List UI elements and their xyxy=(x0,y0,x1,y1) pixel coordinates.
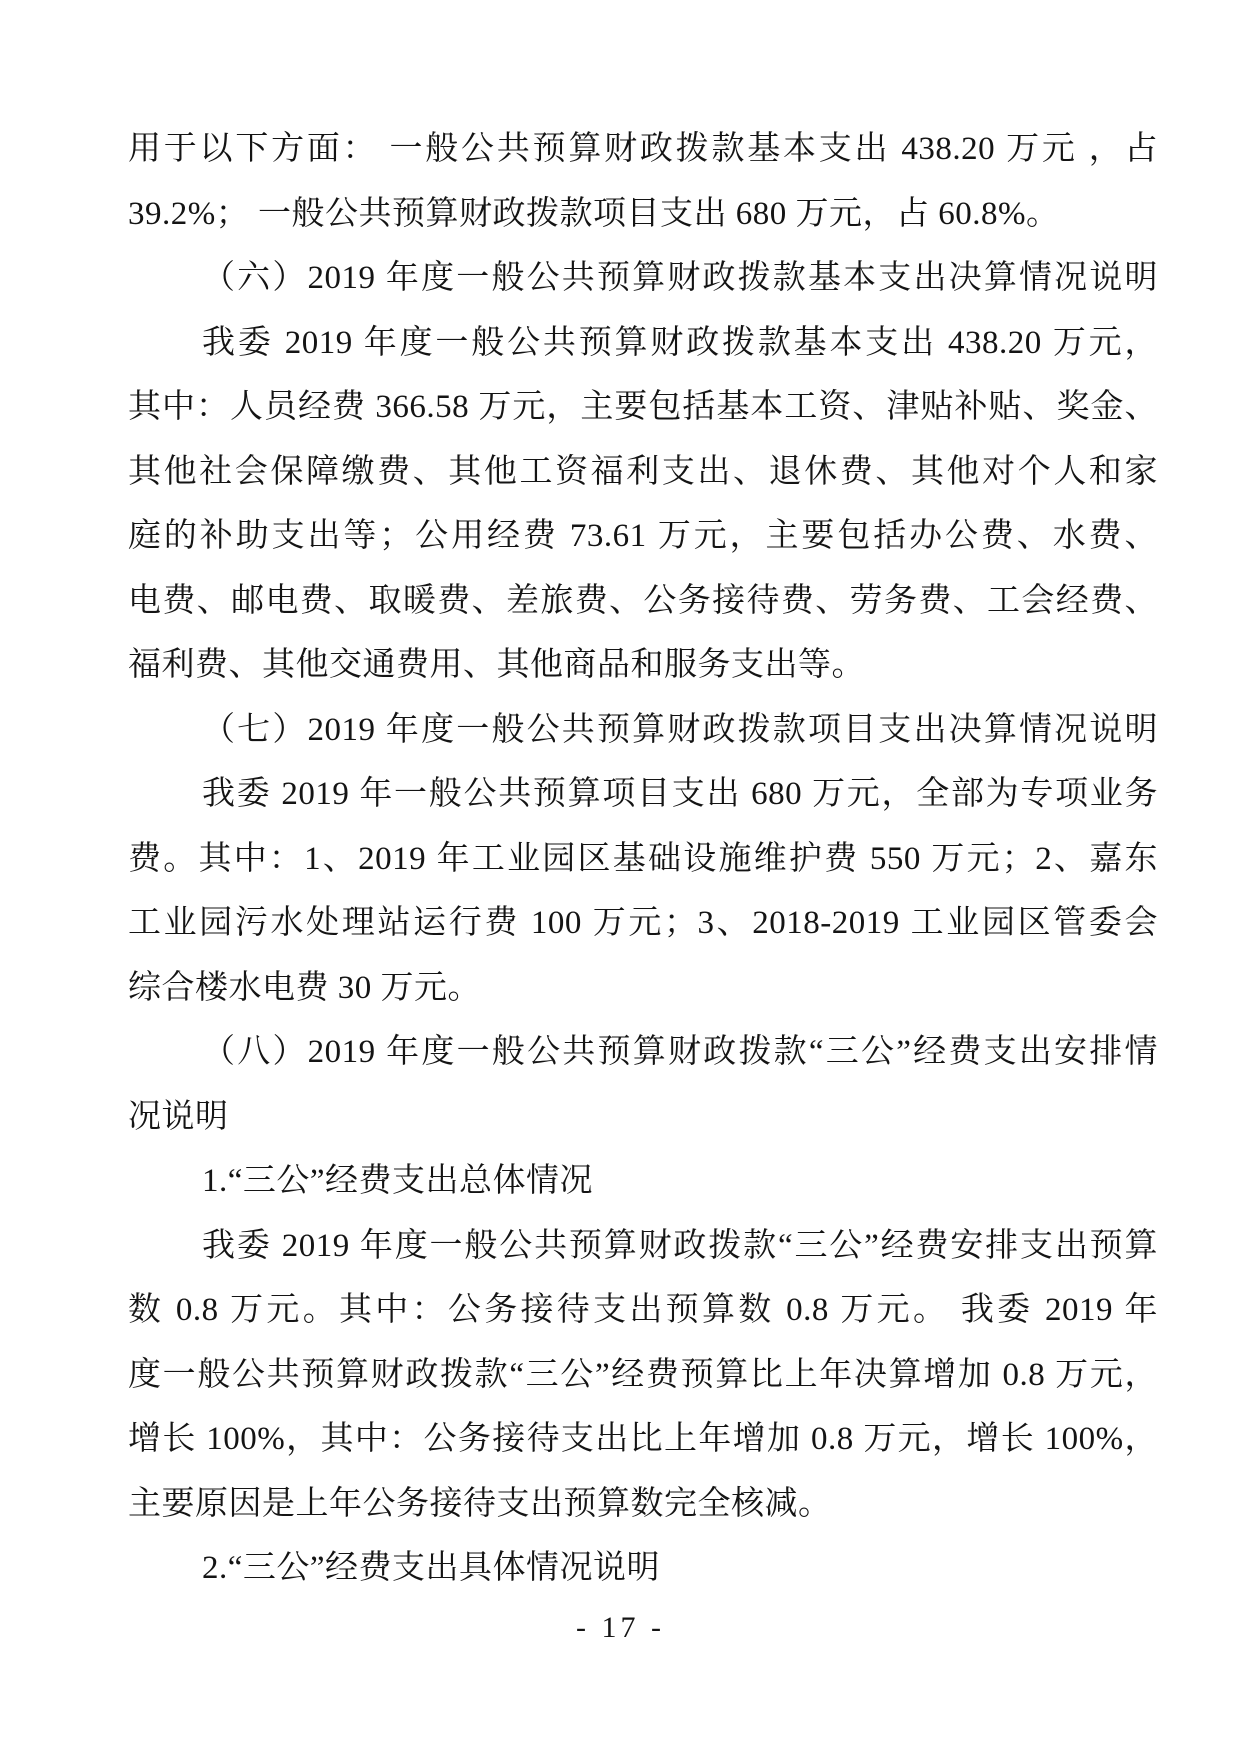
document-page: 用于以下方面： 一般公共预算财政拨款基本支出 438.20 万元 ，占39.2%… xyxy=(0,0,1241,1754)
text-line: 综合楼水电费 30 万元。 xyxy=(128,956,1158,1021)
text-line: 电费、邮电费、取暖费、差旅费、公务接待费、劳务费、工会经费、 xyxy=(128,569,1158,634)
paragraph-three-public-overall-detail: 我委 2019 年度一般公共预算财政拨款“三公”经费安排支出预算数 0.8 万元… xyxy=(128,1214,1158,1537)
text-line: 用于以下方面： 一般公共预算财政拨款基本支出 438.20 万元 ，占 xyxy=(128,117,1158,182)
text-line: 39.2%； 一般公共预算财政拨款项目支出 680 万元，占 60.8%。 xyxy=(128,182,1158,247)
heading-three-public-overall: 1.“三公”经费支出总体情况 xyxy=(128,1149,1158,1214)
text-line: 度一般公共预算财政拨款“三公”经费预算比上年决算增加 0.8 万元， xyxy=(128,1343,1158,1408)
page-number: - 17 - xyxy=(0,1608,1241,1648)
text-line: （七）2019 年度一般公共预算财政拨款项目支出决算情况说明 xyxy=(128,698,1158,763)
text-line: 数 0.8 万元。其中：公务接待支出预算数 0.8 万元。 我委 2019 年 xyxy=(128,1278,1158,1343)
text-line: 其他社会保障缴费、其他工资福利支出、退休费、其他对个人和家 xyxy=(128,440,1158,505)
text-line: 主要原因是上年公务接待支出预算数完全核减。 xyxy=(128,1472,1158,1537)
text-line: 我委 2019 年一般公共预算项目支出 680 万元，全部为专项业务 xyxy=(128,762,1158,827)
heading-three-public-specific: 2.“三公”经费支出具体情况说明 xyxy=(128,1536,1158,1601)
text-line: 1.“三公”经费支出总体情况 xyxy=(128,1149,1158,1214)
text-line: （六）2019 年度一般公共预算财政拨款基本支出决算情况说明 xyxy=(128,246,1158,311)
heading-section-8-three-public-funds: （八）2019 年度一般公共预算财政拨款“三公”经费支出安排情况说明 xyxy=(128,1020,1158,1149)
paragraph-fund-usage-continued: 用于以下方面： 一般公共预算财政拨款基本支出 438.20 万元 ，占39.2%… xyxy=(128,117,1158,246)
text-line: 我委 2019 年度一般公共预算财政拨款基本支出 438.20 万元， xyxy=(128,311,1158,376)
paragraph-project-expenditure-detail: 我委 2019 年一般公共预算项目支出 680 万元，全部为专项业务费。其中：1… xyxy=(128,762,1158,1020)
heading-section-6-basic-expenditure: （六）2019 年度一般公共预算财政拨款基本支出决算情况说明 xyxy=(128,246,1158,311)
text-line: 费。其中：1、2019 年工业园区基础设施维护费 550 万元；2、嘉东 xyxy=(128,827,1158,892)
text-line: 庭的补助支出等；公用经费 73.61 万元，主要包括办公费、水费、 xyxy=(128,504,1158,569)
heading-section-7-project-expenditure: （七）2019 年度一般公共预算财政拨款项目支出决算情况说明 xyxy=(128,698,1158,763)
text-line: 2.“三公”经费支出具体情况说明 xyxy=(128,1536,1158,1601)
text-line: 我委 2019 年度一般公共预算财政拨款“三公”经费安排支出预算 xyxy=(128,1214,1158,1279)
text-line: 福利费、其他交通费用、其他商品和服务支出等。 xyxy=(128,633,1158,698)
text-line: 况说明 xyxy=(128,1085,1158,1150)
paragraph-basic-expenditure-detail: 我委 2019 年度一般公共预算财政拨款基本支出 438.20 万元，其中：人员… xyxy=(128,311,1158,698)
text-line: 工业园污水处理站运行费 100 万元；3、2018-2019 工业园区管委会 xyxy=(128,891,1158,956)
text-line: 增长 100%，其中：公务接待支出比上年增加 0.8 万元，增长 100%， xyxy=(128,1407,1158,1472)
document-body: 用于以下方面： 一般公共预算财政拨款基本支出 438.20 万元 ，占39.2%… xyxy=(128,117,1158,1601)
text-line: 其中：人员经费 366.58 万元，主要包括基本工资、津贴补贴、奖金、 xyxy=(128,375,1158,440)
text-line: （八）2019 年度一般公共预算财政拨款“三公”经费支出安排情 xyxy=(128,1020,1158,1085)
